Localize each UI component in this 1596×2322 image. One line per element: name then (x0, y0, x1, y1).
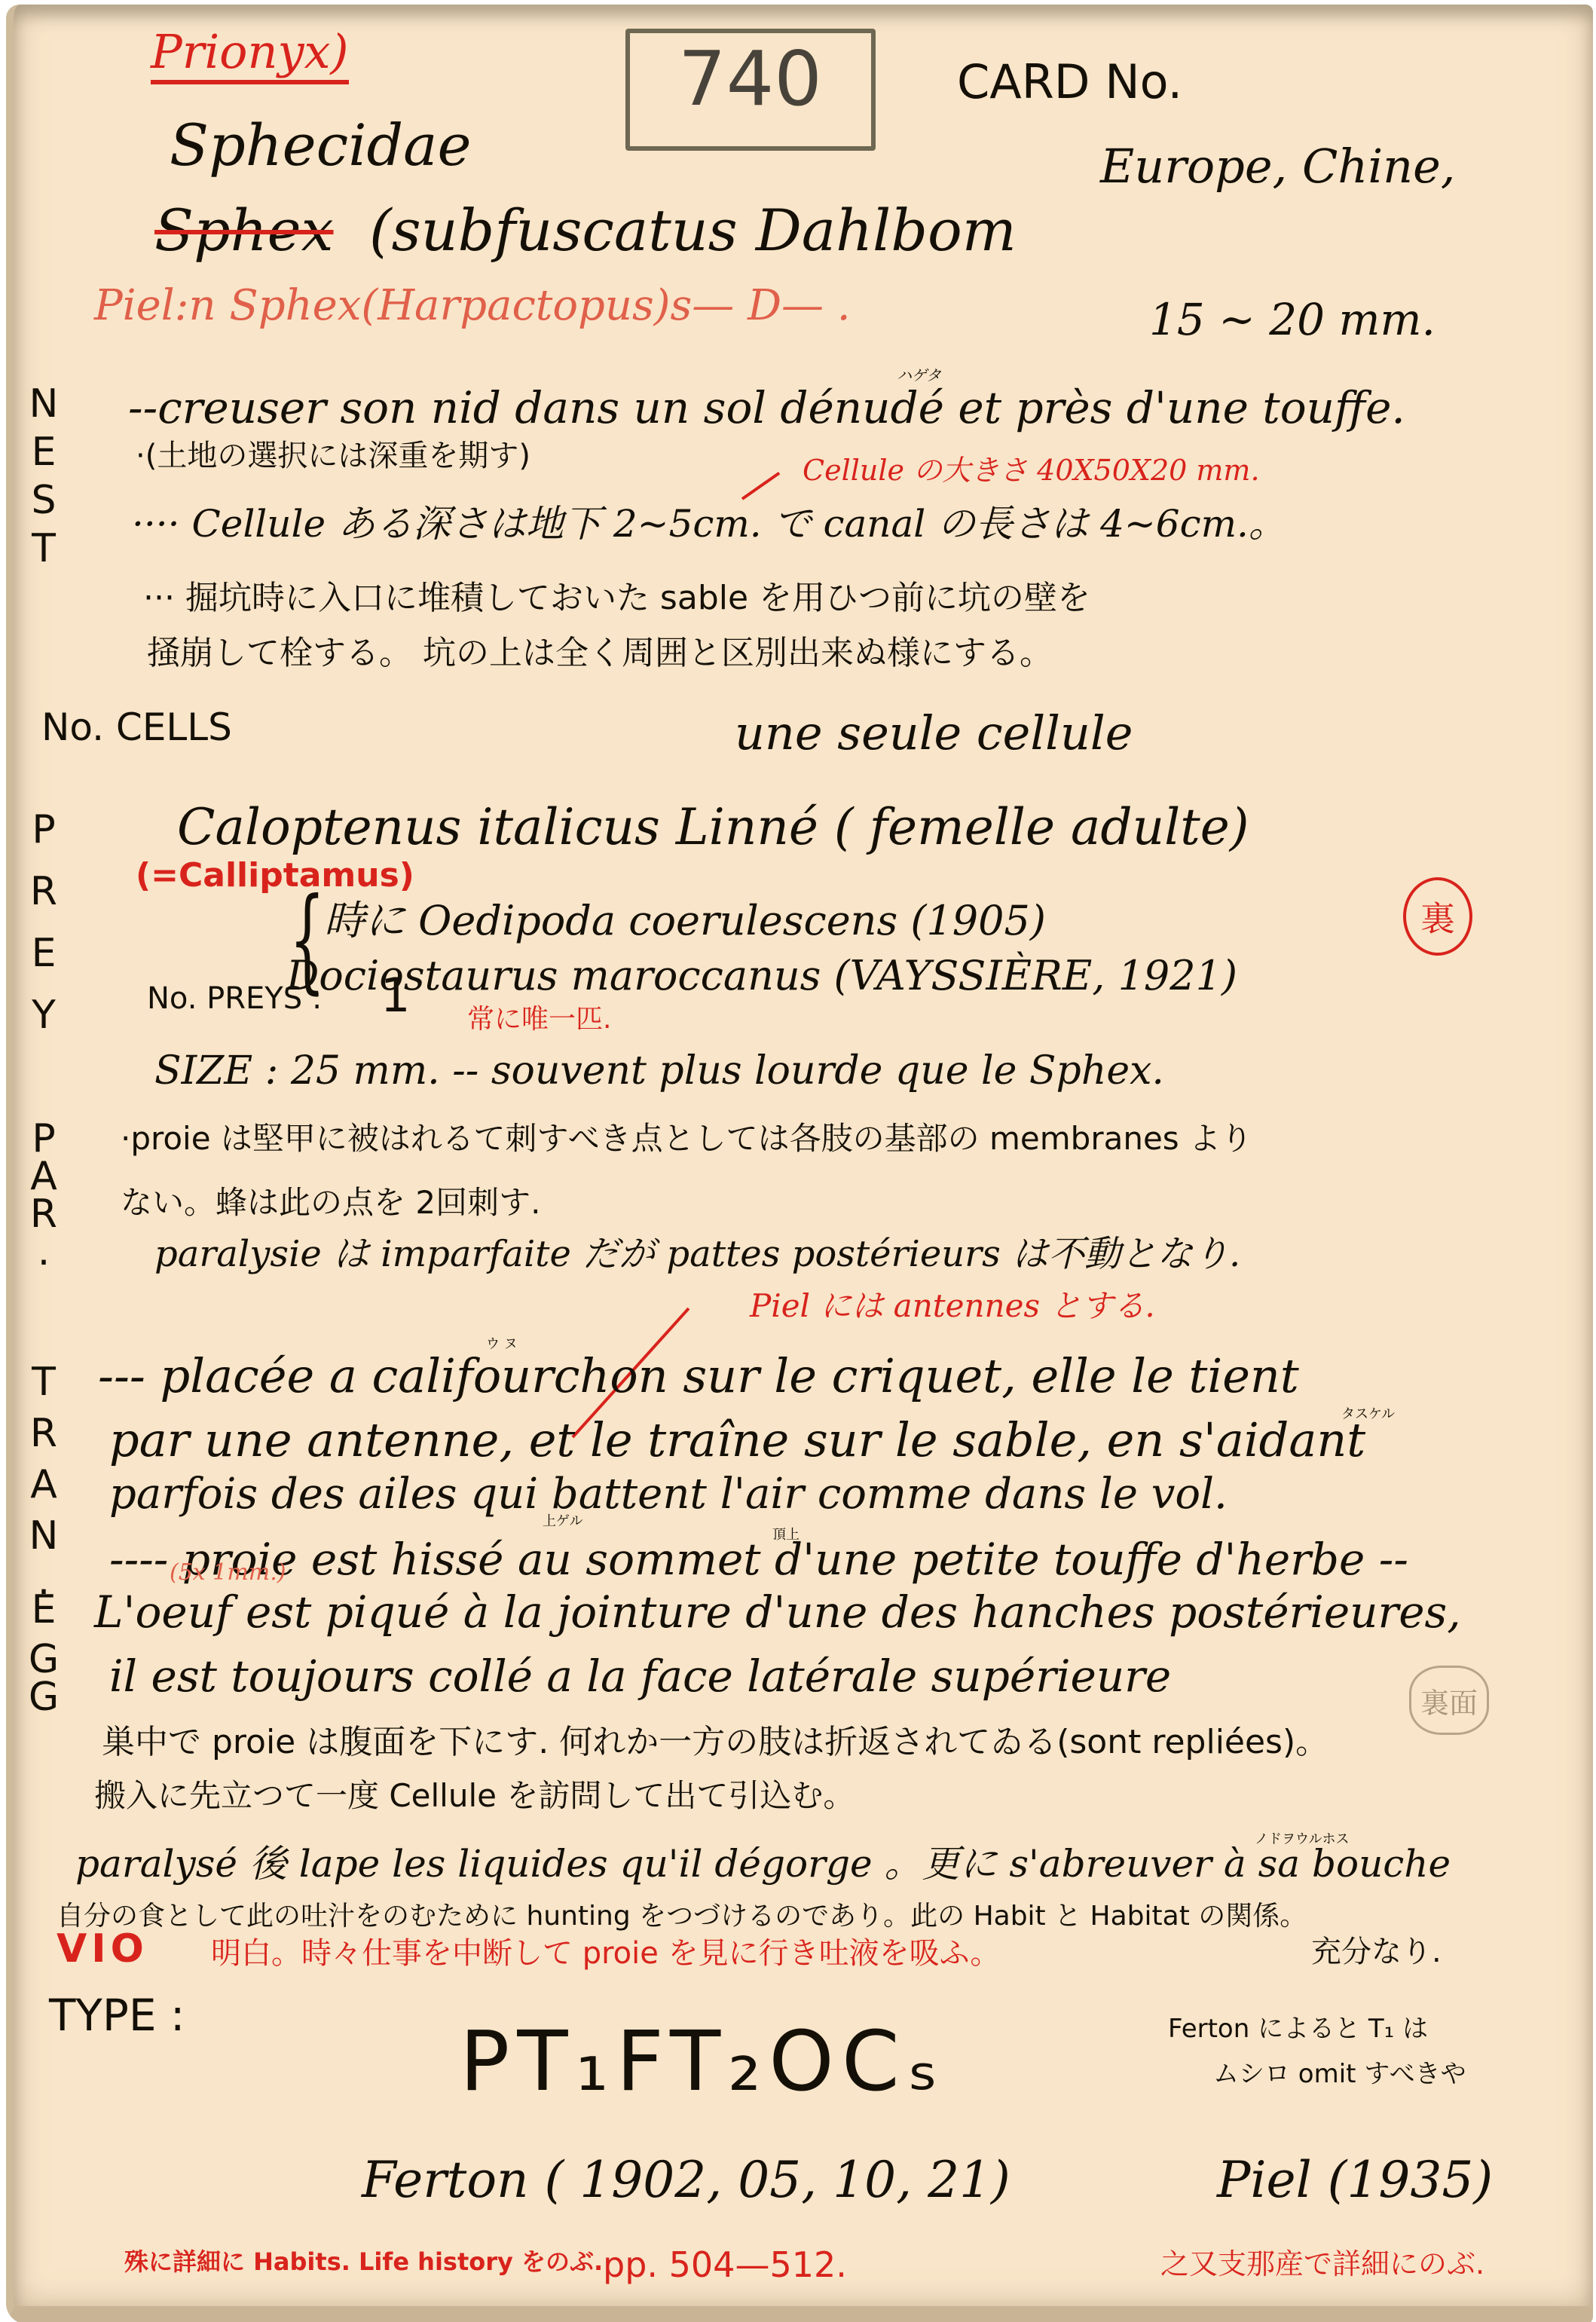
card-no-label: CARD No. (957, 59, 1182, 106)
prey-size-line: SIZE : 25 mm. -- souvent plus lourde que… (154, 1051, 1164, 1091)
body-size: 15 ~ 20 mm. (1149, 298, 1435, 341)
egg-section-label: E G G (21, 1590, 66, 1715)
genus-note: Prionyx) (151, 29, 349, 84)
note-line-6: 明白。時々仕事を中断して proie を見に行き吐液を吸ふ。 (211, 1938, 1000, 1969)
tran-section-label: T R A N . (21, 1363, 66, 1592)
vio-label: VIO (57, 1929, 148, 1969)
nest-section-label: N E S T (21, 384, 66, 577)
type-label: TYPE : (49, 1993, 185, 2037)
reverse-side-pencil-stamp: 裏面 (1409, 1666, 1489, 1735)
nest-line-3: ···· Cellule ある深さは地下 2~5cm. で canal の長さは… (132, 505, 1286, 543)
par-line-3: paralysie は imparfaite だが pattes postéri… (154, 1236, 1240, 1272)
synonym-note: Piel:n Sphex(Harpactopus)s— D— . (94, 285, 851, 327)
note-line-5: 充分なり. (1311, 1937, 1442, 1967)
prey-section-label: P R E Y (21, 810, 66, 1057)
egg-line-2: il est toujours collé a la face latérale… (109, 1654, 1171, 1698)
piel-antennes-note: Piel には antennes とする. (750, 1290, 1155, 1322)
ferton-pages: pp. 504—512. (603, 2247, 847, 2282)
prey-synonym: (=Calliptamus) (136, 859, 414, 892)
tran-line-1: --- placée a califourchon sur le criquet… (98, 1353, 1299, 1400)
distribution: Europe, Chine, (1100, 143, 1455, 190)
ruby-denude: ハゲタ (897, 368, 941, 383)
card-number: 740 (678, 41, 822, 117)
egg-line-1: L'oeuf est piqué à la jointure d'une des… (94, 1590, 1461, 1634)
type-note-1: Ferton によると T₁ は (1168, 2016, 1428, 2042)
genus-struck: Sphex (154, 202, 334, 259)
nest-line-1: --creuser son nid dans un sol dénudé et … (128, 386, 1405, 430)
note-line-1: 巣中で proie は腹面を下にす. 何れか一方の肢は折返されてゐる(sont … (102, 1726, 1328, 1759)
par-section-label: P A R . (21, 1119, 66, 1262)
cell-size-note: Cellule の大きさ 40X50X20 mm. (803, 456, 1260, 485)
reference-ferton: Ferton ( 1902, 05, 10, 21) (362, 2155, 1010, 2205)
cells-value: une seule cellule (735, 710, 1133, 757)
reverse-side-stamp: 裏 (1403, 877, 1472, 956)
note-line-2: 搬入に先立つて一度 Cellule を訪問して出て引込む。 (94, 1780, 855, 1812)
no-preys-label: No. PREYS : (147, 984, 322, 1014)
ferton-red-note: 殊に詳細に Habits. Life history をのぶ. (124, 2250, 603, 2274)
nest-line-2: ·(土地の選択には深重を期す) (136, 441, 530, 471)
nest-line-4: ··· 掘坑時に入口に堆積しておいた sable を用ひつ前に坑の壁を (143, 582, 1090, 615)
no-preys-value: 1 (381, 972, 410, 1019)
prey-alt-species-1: 時に Oedipoda coerulescens (1905) (324, 901, 1046, 941)
piel-red-note: 之又支那産で詳細にのぶ. (1160, 2250, 1484, 2278)
species-name: (subfuscatus Dahlbom (369, 202, 1017, 259)
tran-line-4: ---- proie est hissé au sommet d'une pet… (109, 1537, 1408, 1581)
par-line-2: ない。蜂は此の点を 2回刺す. (121, 1187, 540, 1219)
nest-line-5: 掻崩して栓する。 坑の上は全く周囲と区別出来ぬ様にする。 (147, 637, 1053, 670)
reference-piel: Piel (1935) (1217, 2155, 1493, 2205)
cells-label: No. CELLS (41, 708, 232, 746)
note-line-3: paralysé 後 lape les liquides qu'il dégor… (75, 1845, 1451, 1883)
note-line-4: 自分の食として此の吐汁をのむために hunting をつづけるのであり。此の H… (57, 1903, 1307, 1930)
type-note-2: ムシロ omit すべきや (1213, 2061, 1466, 2087)
egg-size-note: (5x 1mm.) (170, 1562, 286, 1584)
type-value: PT₁FT₂OCₛ (460, 2020, 946, 2103)
family-name: Sphecidae (170, 117, 471, 174)
tran-line-2: par une antenne, et le traîne sur le sab… (109, 1417, 1365, 1464)
index-card (6, 5, 1593, 2322)
no-preys-note: 常に唯一匹. (467, 1006, 611, 1033)
prey-main-species: Caloptenus italicus Linné ( femelle adul… (177, 803, 1249, 852)
ruby-hisse: 上ゲル (543, 1515, 583, 1528)
par-line-1: ·proie は堅甲に被はれるて刺すべき点としては各肢の基部の membrane… (121, 1123, 1252, 1155)
tran-line-3: parfois des ailes qui battent l'air comm… (109, 1473, 1228, 1516)
prey-alt-species-2: Dociostaurus maroccanus (VAYSSIÈRE, 1921… (286, 956, 1237, 996)
